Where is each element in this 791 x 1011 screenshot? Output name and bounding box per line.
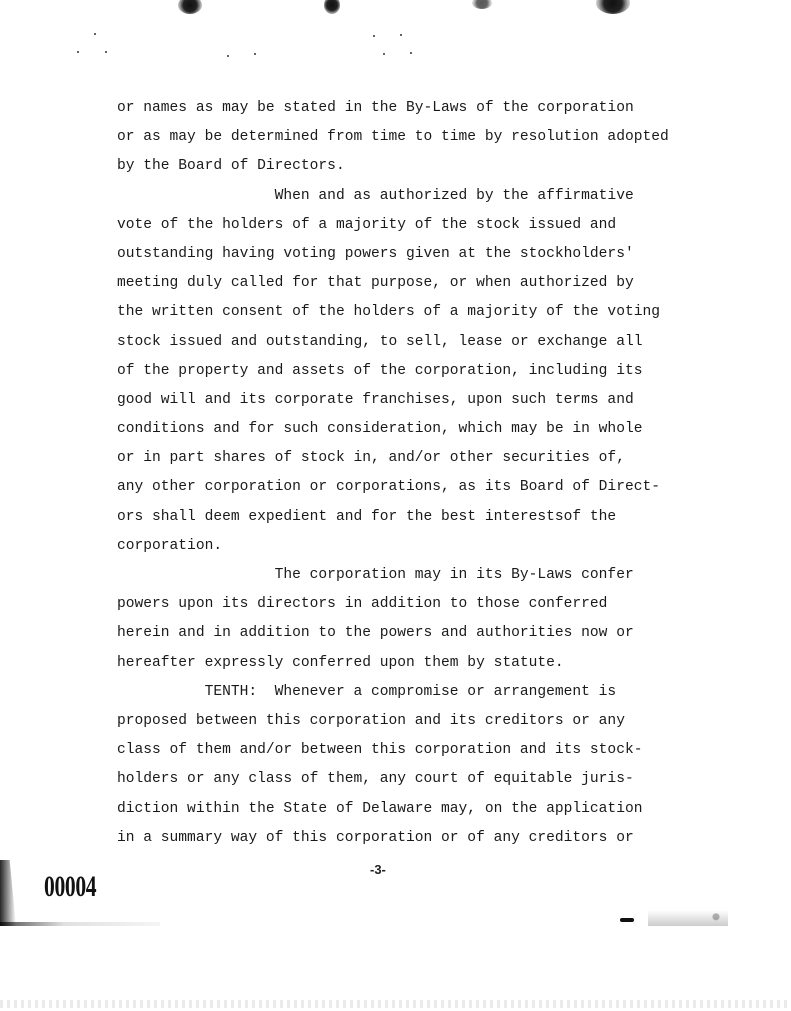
scan-edge-strip [0,922,160,926]
text-line: herein and in addition to the powers and… [117,623,697,652]
scan-artifact-dot [373,35,375,37]
scan-artifact-speckle [648,880,728,926]
scan-edge-shadow [0,860,16,926]
text-line: outstanding having voting powers given a… [117,244,697,273]
document-page: or names as may be stated in the By-Laws… [0,0,791,1011]
text-line: or names as may be stated in the By-Laws… [117,98,697,127]
text-line: TENTH: Whenever a compromise or arrangem… [117,682,697,711]
text-line: by the Board of Directors. [117,156,697,185]
text-line: vote of the holders of a majority of the… [117,215,697,244]
scan-artifact-blot [472,0,492,9]
scan-artifact-dot [105,51,107,53]
text-line: or as may be determined from time to tim… [117,127,697,156]
scan-artifact-dot [383,53,385,55]
text-line: class of them and/or between this corpor… [117,740,697,769]
scan-artifact-dot [227,55,229,57]
scan-artifact-blot [178,0,202,14]
text-line: conditions and for such consideration, w… [117,419,697,448]
text-line: proposed between this corporation and it… [117,711,697,740]
text-line: ors shall deem expedient and for the bes… [117,507,697,536]
bates-number-stamp: 00004 [44,870,96,904]
text-line: powers upon its directors in addition to… [117,594,697,623]
scan-artifact-dot [410,52,412,54]
text-line: in a summary way of this corporation or … [117,828,697,857]
scan-artifact-blot [596,0,630,14]
text-line: corporation. [117,536,697,565]
scan-artifact-dot [400,34,402,36]
text-line: diction within the State of Delaware may… [117,799,697,828]
text-line: The corporation may in its By-Laws confe… [117,565,697,594]
scan-artifact-dot [94,33,96,35]
page-number: -3- [370,862,386,877]
scan-artifact-dot [254,53,256,55]
scan-artifact-blot [324,0,340,14]
text-line: good will and its corporate franchises, … [117,390,697,419]
text-line: any other corporation or corporations, a… [117,477,697,506]
scan-artifact-mark [620,918,634,922]
text-line: stock issued and outstanding, to sell, l… [117,332,697,361]
text-line: hereafter expressly conferred upon them … [117,653,697,682]
text-line: When and as authorized by the affirmativ… [117,186,697,215]
scan-artifact-dot [77,51,79,53]
text-line: the written consent of the holders of a … [117,302,697,331]
text-line: holders or any class of them, any court … [117,769,697,798]
text-line: meeting duly called for that purpose, or… [117,273,697,302]
text-line: of the property and assets of the corpor… [117,361,697,390]
text-line: or in part shares of stock in, and/or ot… [117,448,697,477]
document-body: or names as may be stated in the By-Laws… [117,98,697,857]
scan-artifact-noise [0,1000,791,1008]
